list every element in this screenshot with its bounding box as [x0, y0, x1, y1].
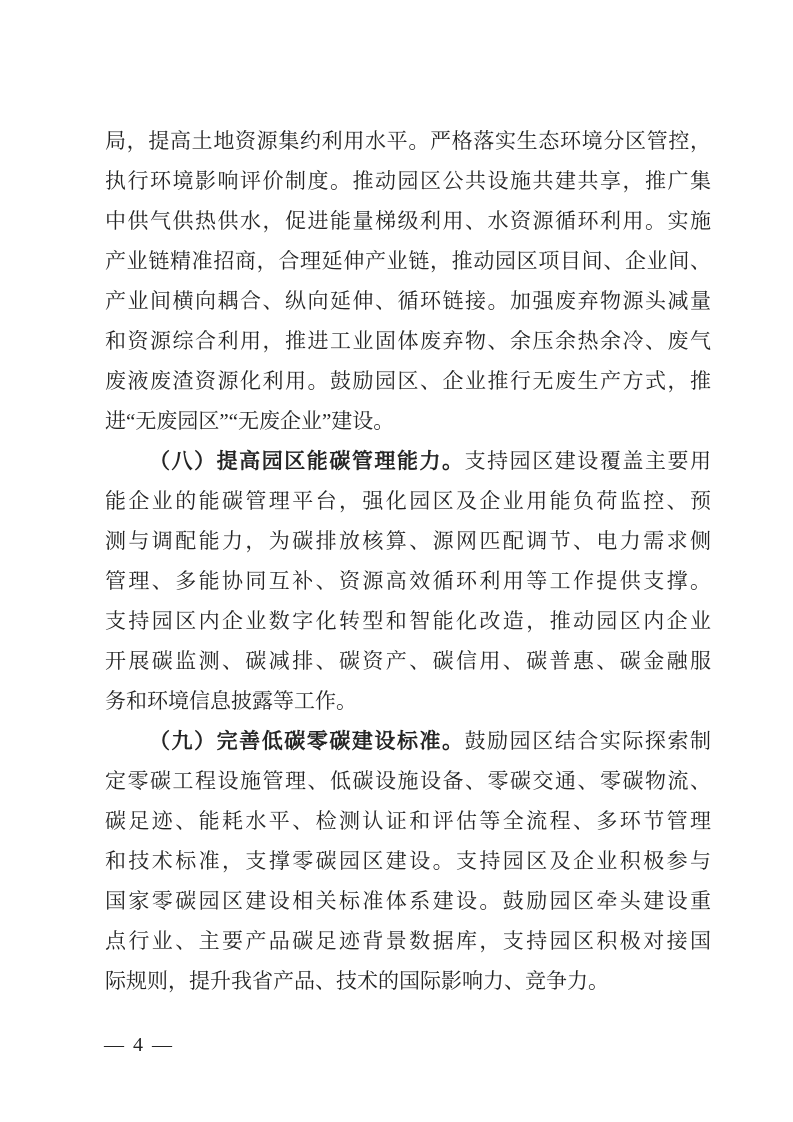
- text-line: 定零碳工程设施管理、低碳设施设备、零碳交通、零碳物流、: [105, 761, 711, 801]
- section-8-paragraph: （八）提高园区能碳管理能力。支持园区建设覆盖主要用 能企业的能碳管理平台，强化园…: [105, 441, 711, 721]
- section-9-first-line-text: 鼓励园区结合实际探索制: [465, 729, 711, 753]
- text-line: 开展碳监测、碳减排、碳资产、碳信用、碳普惠、碳金融服: [105, 641, 711, 681]
- document-page: 局，提高土地资源集约利用水平。严格落实生态环境分区管控，执行环境影响评价制度。推…: [0, 0, 793, 1122]
- text-line: 执行环境影响评价制度。推动园区公共设施共建共享，推广集: [105, 161, 711, 201]
- paragraph-lines: 能企业的能碳管理平台，强化园区及企业用能负荷监控、预测与调配能力，为碳排放核算、…: [105, 481, 711, 681]
- section-8-first-line-text: 支持园区建设覆盖主要用: [465, 449, 711, 473]
- paragraph-lines: 局，提高土地资源集约利用水平。严格落实生态环境分区管控，执行环境影响评价制度。推…: [105, 121, 711, 401]
- text-line: 和资源综合利用，推进工业固体废弃物、余压余热余冷、废气: [105, 321, 711, 361]
- text-line: 点行业、主要产品碳足迹背景数据库，支持园区积极对接国: [105, 921, 711, 961]
- text-line: （九）完善低碳零碳建设标准。鼓励园区结合实际探索制: [105, 721, 711, 761]
- section-9-heading: （九）完善低碳零碳建设标准。: [149, 729, 465, 753]
- text-line: 际规则，提升我省产品、技术的国际影响力、竞争力。: [105, 961, 711, 1001]
- paragraph-continuation: 局，提高土地资源集约利用水平。严格落实生态环境分区管控，执行环境影响评价制度。推…: [105, 121, 711, 441]
- text-line: 管理、多能协同互补、资源高效循环利用等工作提供支撑。: [105, 561, 711, 601]
- text-line: （八）提高园区能碳管理能力。支持园区建设覆盖主要用: [105, 441, 711, 481]
- text-line: 支持园区内企业数字化转型和智能化改造，推动园区内企业: [105, 601, 711, 641]
- text-line: 产业间横向耦合、纵向延伸、循环链接。加强废弃物源头减量: [105, 281, 711, 321]
- text-line: 国家零碳园区建设相关标准体系建设。鼓励园区牵头建设重: [105, 881, 711, 921]
- document-body: 局，提高土地资源集约利用水平。严格落实生态环境分区管控，执行环境影响评价制度。推…: [105, 121, 711, 1001]
- paragraph-lines: 定零碳工程设施管理、低碳设施设备、零碳交通、零碳物流、碳足迹、能耗水平、检测认证…: [105, 761, 711, 961]
- text-line: 中供气供热供水，促进能量梯级利用、水资源循环利用。实施: [105, 201, 711, 241]
- text-line: 产业链精准招商，合理延伸产业链，推动园区项目间、企业间、: [105, 241, 711, 281]
- text-line: 测与调配能力，为碳排放核算、源网匹配调节、电力需求侧: [105, 521, 711, 561]
- text-line: 废液废渣资源化利用。鼓励园区、企业推行无废生产方式，推: [105, 361, 711, 401]
- text-line: 局，提高土地资源集约利用水平。严格落实生态环境分区管控，: [105, 121, 711, 161]
- text-line: 务和环境信息披露等工作。: [105, 681, 711, 721]
- text-line: 碳足迹、能耗水平、检测认证和评估等全流程、多环节管理: [105, 801, 711, 841]
- text-line: 和技术标准，支撑零碳园区建设。支持园区及企业积极参与: [105, 841, 711, 881]
- page-number: — 4 —: [104, 1034, 174, 1057]
- section-9-paragraph: （九）完善低碳零碳建设标准。鼓励园区结合实际探索制 定零碳工程设施管理、低碳设施…: [105, 721, 711, 1001]
- section-8-heading: （八）提高园区能碳管理能力。: [149, 449, 465, 473]
- text-line: 能企业的能碳管理平台，强化园区及企业用能负荷监控、预: [105, 481, 711, 521]
- text-line: 进“无废园区”“无废企业”建设。: [105, 401, 711, 441]
